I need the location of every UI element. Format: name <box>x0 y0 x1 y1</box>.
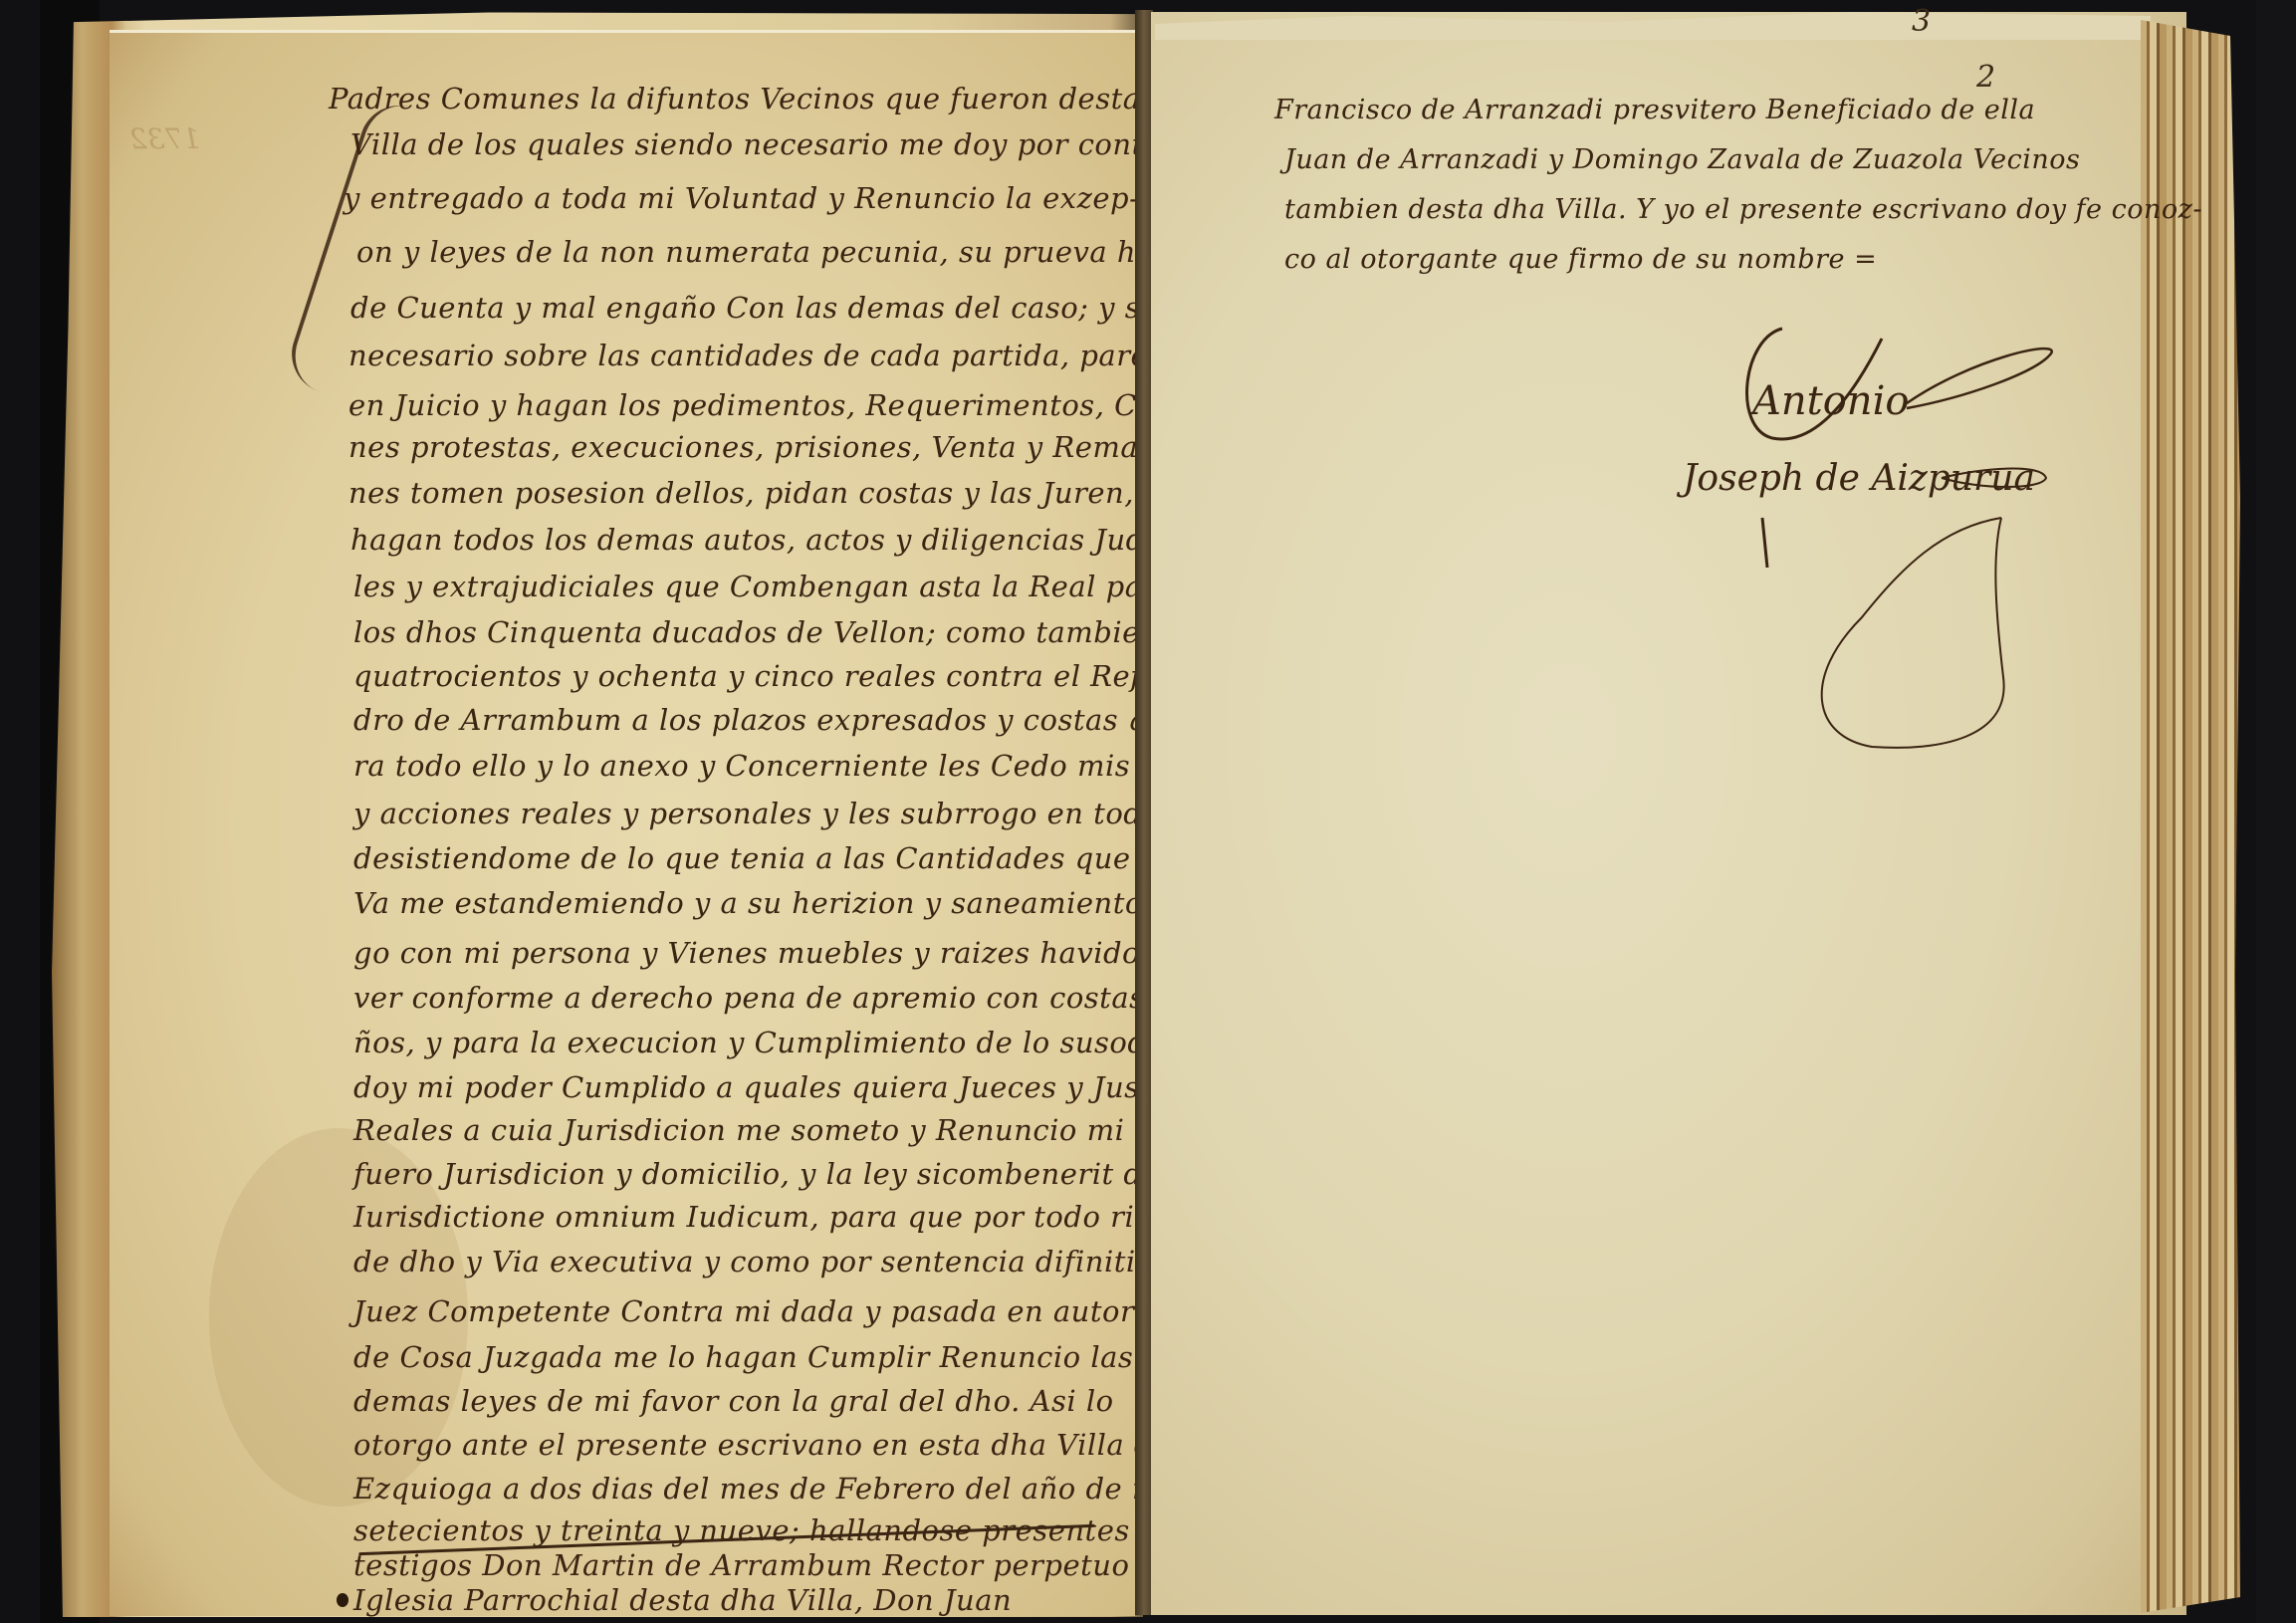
text-line: Iglesia Parrochial desta dha Villa, Don … <box>353 1583 1012 1617</box>
text-line: fuero Jurisdicion y domicilio, y la ley … <box>353 1157 1160 1191</box>
bleed-through-text: 1732 <box>129 122 200 155</box>
text-line: Francisco de Arranzadi presvitero Benefi… <box>1274 95 2035 125</box>
text-line: dro de Arrambum a los plazos expresados … <box>353 703 1231 737</box>
text-line: hagan todos los demas autos, actos y dil… <box>350 523 1209 557</box>
text-line: otorgo ante el presente escrivano en est… <box>353 1428 1171 1462</box>
text-line: y acciones reales y personales y les sub… <box>353 797 1256 830</box>
text-line: testigos Don Martin de Arrambum Rector p… <box>353 1548 1213 1582</box>
ink-blot <box>337 1593 348 1607</box>
text-line: ños, y para la execucion y Cumplimiento … <box>353 1026 1184 1059</box>
text-line: Padres Comunes la difuntos Vecinos que f… <box>329 82 1206 116</box>
text-line: de Cosa Juzgada me lo hagan Cumplir Renu… <box>353 1340 1133 1374</box>
text-line: tambien desta dha Villa. Y yo el present… <box>1284 194 2202 225</box>
text-line: co al otorgante que firmo de su nombre = <box>1284 244 1877 275</box>
text-line: los dhos Cinquenta ducados de Vellon; co… <box>353 615 1258 649</box>
folio-number: 2 <box>1976 60 1995 95</box>
text-line: ver conforme a derecho pena de apremio c… <box>353 981 1228 1015</box>
text-line: Iurisdictione omnium Iudicum, para que p… <box>353 1200 1186 1234</box>
signature-rubric-icon <box>1643 319 2141 757</box>
text-line: necesario sobre las cantidades de cada p… <box>348 339 1218 372</box>
signature-block: Antonio Joseph de Aizpurua <box>1643 319 2141 757</box>
stacked-page-edges <box>2141 20 2240 1613</box>
text-line: Villa de los quales siendo necesario me … <box>350 127 1211 161</box>
text-line: les y extrajudiciales que Combengan asta… <box>353 570 1226 603</box>
text-line: doy mi poder Cumplido a quales quiera Ju… <box>353 1070 1221 1104</box>
text-line: nes tomen posesion dellos, pidan costas … <box>348 476 1161 510</box>
folio-number-top: 3 <box>1912 4 1931 39</box>
text-line: de Cuenta y mal engaño Con las demas del… <box>350 291 1224 325</box>
text-line: Juan de Arranzadi y Domingo Zavala de Zu… <box>1284 144 2080 175</box>
text-line: Juez Competente Contra mi dada y pasada … <box>353 1294 1200 1328</box>
text-line: setecientos y treinta y nueve; hallandos… <box>353 1513 1191 1547</box>
text-line: demas leyes de mi favor con la gral del … <box>353 1384 1114 1418</box>
text-line: Ezquioga a dos dias del mes de Febrero d… <box>353 1472 1179 1506</box>
text-line: de dho y Via executiva y como por senten… <box>353 1245 1217 1278</box>
text-line: y entregado a toda mi Voluntad y Renunci… <box>344 181 1139 215</box>
scan-background-right <box>2256 0 2296 1623</box>
text-line: Reales a cuia Jurisdicion me someto y Re… <box>353 1113 1232 1147</box>
text-line: on y leyes de la non numerata pecunia, s… <box>356 235 1200 269</box>
text-line: en Juicio y hagan los pedimentos, Requer… <box>348 388 1231 422</box>
right-page-torn-top <box>1155 0 2151 40</box>
